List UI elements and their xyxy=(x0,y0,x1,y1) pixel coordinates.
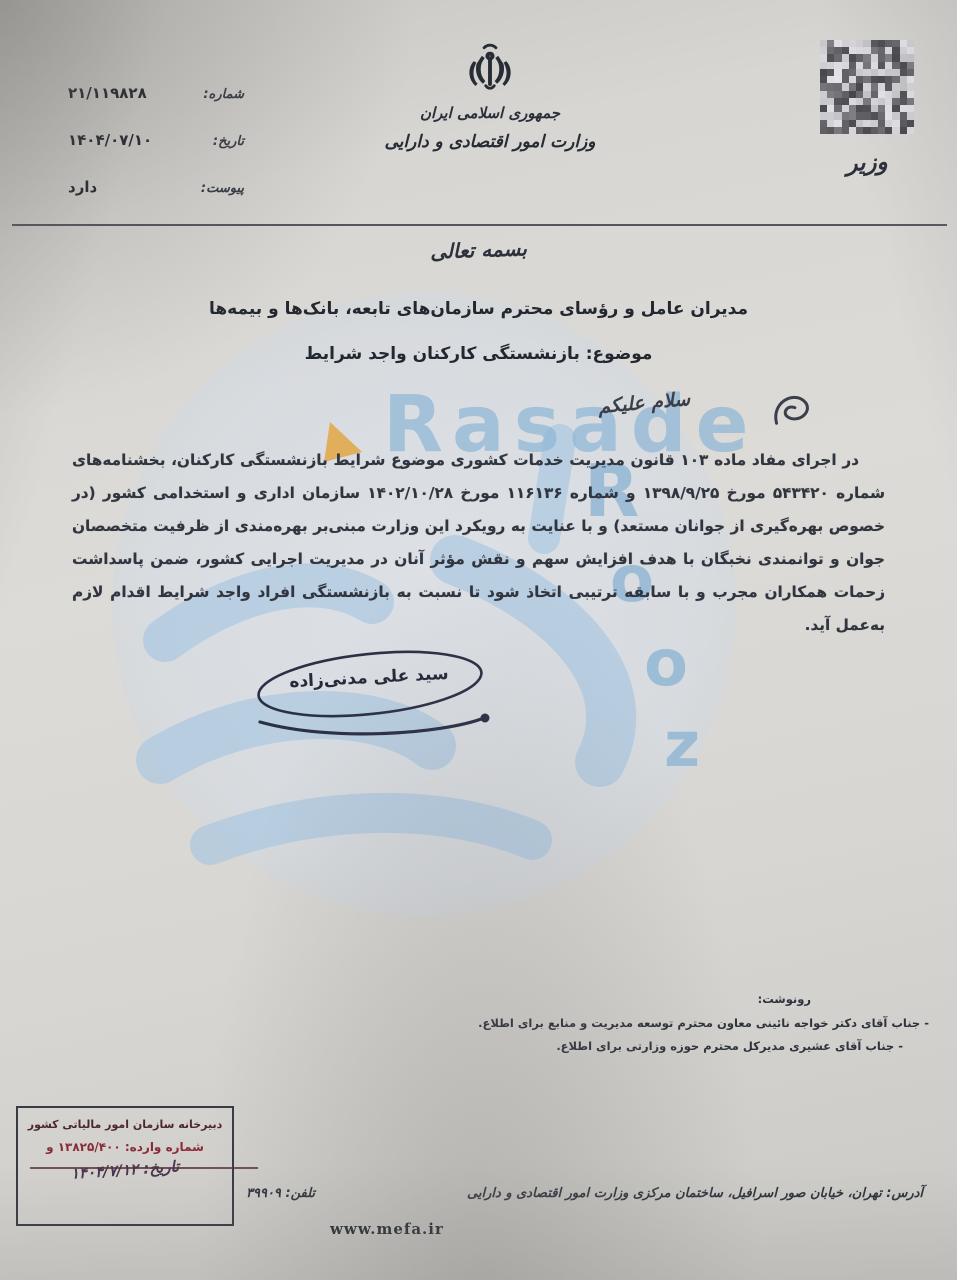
number-value: ۲۱/۱۱۹۸۲۸ xyxy=(68,84,147,102)
letter-number-row: شماره: ۲۱/۱۱۹۸۲۸ xyxy=(68,84,244,102)
letter-meta-block: شماره: ۲۱/۱۱۹۸۲۸ تاریخ: ۱۴۰۴/۰۷/۱۰ پیوست… xyxy=(68,84,244,225)
signature-block: سید علی مدنی‌زاده xyxy=(252,642,508,752)
receipt-stamp-underline xyxy=(30,1167,258,1169)
footer-row: آدرس: تهران، خیابان صور اسرافیل، ساختمان… xyxy=(246,1186,923,1201)
cc-label: رونوشت: xyxy=(369,988,929,1012)
footer-website: www.mefa.ir xyxy=(330,1220,444,1238)
attachment-value: دارد xyxy=(68,178,97,196)
number-label: شماره: xyxy=(203,87,244,102)
ministry-title: وزارت امور اقتصادی و دارایی xyxy=(355,132,625,152)
footer-address: آدرس: تهران، خیابان صور اسرافیل، ساختمان… xyxy=(467,1186,923,1201)
letter-attachment-row: پیوست: دارد xyxy=(68,178,244,196)
besmele-calligraphy: بسمه تعالی xyxy=(0,221,957,278)
letter-date-row: تاریخ: ۱۴۰۴/۰۷/۱۰ xyxy=(68,131,244,149)
pen-swirl-mark xyxy=(768,390,826,438)
signature-oval-stroke xyxy=(252,642,508,752)
country-title: جمهوری اسلامی ایران xyxy=(355,104,625,122)
date-value: ۱۴۰۴/۰۷/۱۰ xyxy=(68,131,152,149)
receipt-stamp-title: دبیرخانه سازمان امور مالیاتی کشور xyxy=(24,1118,226,1131)
scanned-letter-page: Rasade R o o z شماره: ۲۱/۱۱۹۸۲۸ تاریخ: ۱… xyxy=(0,0,957,1280)
recipients-line: مدیران عامل و رؤسای محترم سازمان‌های تاب… xyxy=(0,299,957,319)
attachment-label: پیوست: xyxy=(201,181,244,196)
signer-title: وزیر xyxy=(812,148,923,178)
handwritten-salutation: سلام علیکم xyxy=(597,388,691,418)
footer-phone: تلفن: ۳۹۹۰۹ xyxy=(246,1186,315,1201)
date-label: تاریخ: xyxy=(213,134,244,149)
iran-emblem-icon xyxy=(463,40,517,96)
qr-code-stamp xyxy=(820,40,914,134)
letter-body: در اجرای مفاد ماده ۱۰۳ قانون مدیریت خدما… xyxy=(72,444,885,642)
minister-stamp-block: وزیر xyxy=(812,40,922,176)
letterhead: جمهوری اسلامی ایران وزارت امور اقتصادی و… xyxy=(355,40,625,152)
receipt-entry-date: تاریخ: ۱۴۰۴/۷/۱۲ xyxy=(24,1154,227,1186)
receipt-stamp-box: دبیرخانه سازمان امور مالیاتی کشور شماره … xyxy=(16,1106,234,1226)
cc-item: - جناب آقای دکتر خواجه نائینی معاون محتر… xyxy=(369,1012,929,1036)
cc-block: رونوشت: - جناب آقای دکتر خواجه نائینی مع… xyxy=(369,988,929,1059)
receipt-entry-number: شماره وارده: ۱۳۸۲۵/۴۰۰ و xyxy=(24,1140,226,1154)
cc-item: - جناب آقای عشیری مدیرکل محترم حوزه وزار… xyxy=(369,1035,929,1059)
subject-line: موضوع: بازنشستگی کارکنان واجد شرایط xyxy=(0,344,957,364)
